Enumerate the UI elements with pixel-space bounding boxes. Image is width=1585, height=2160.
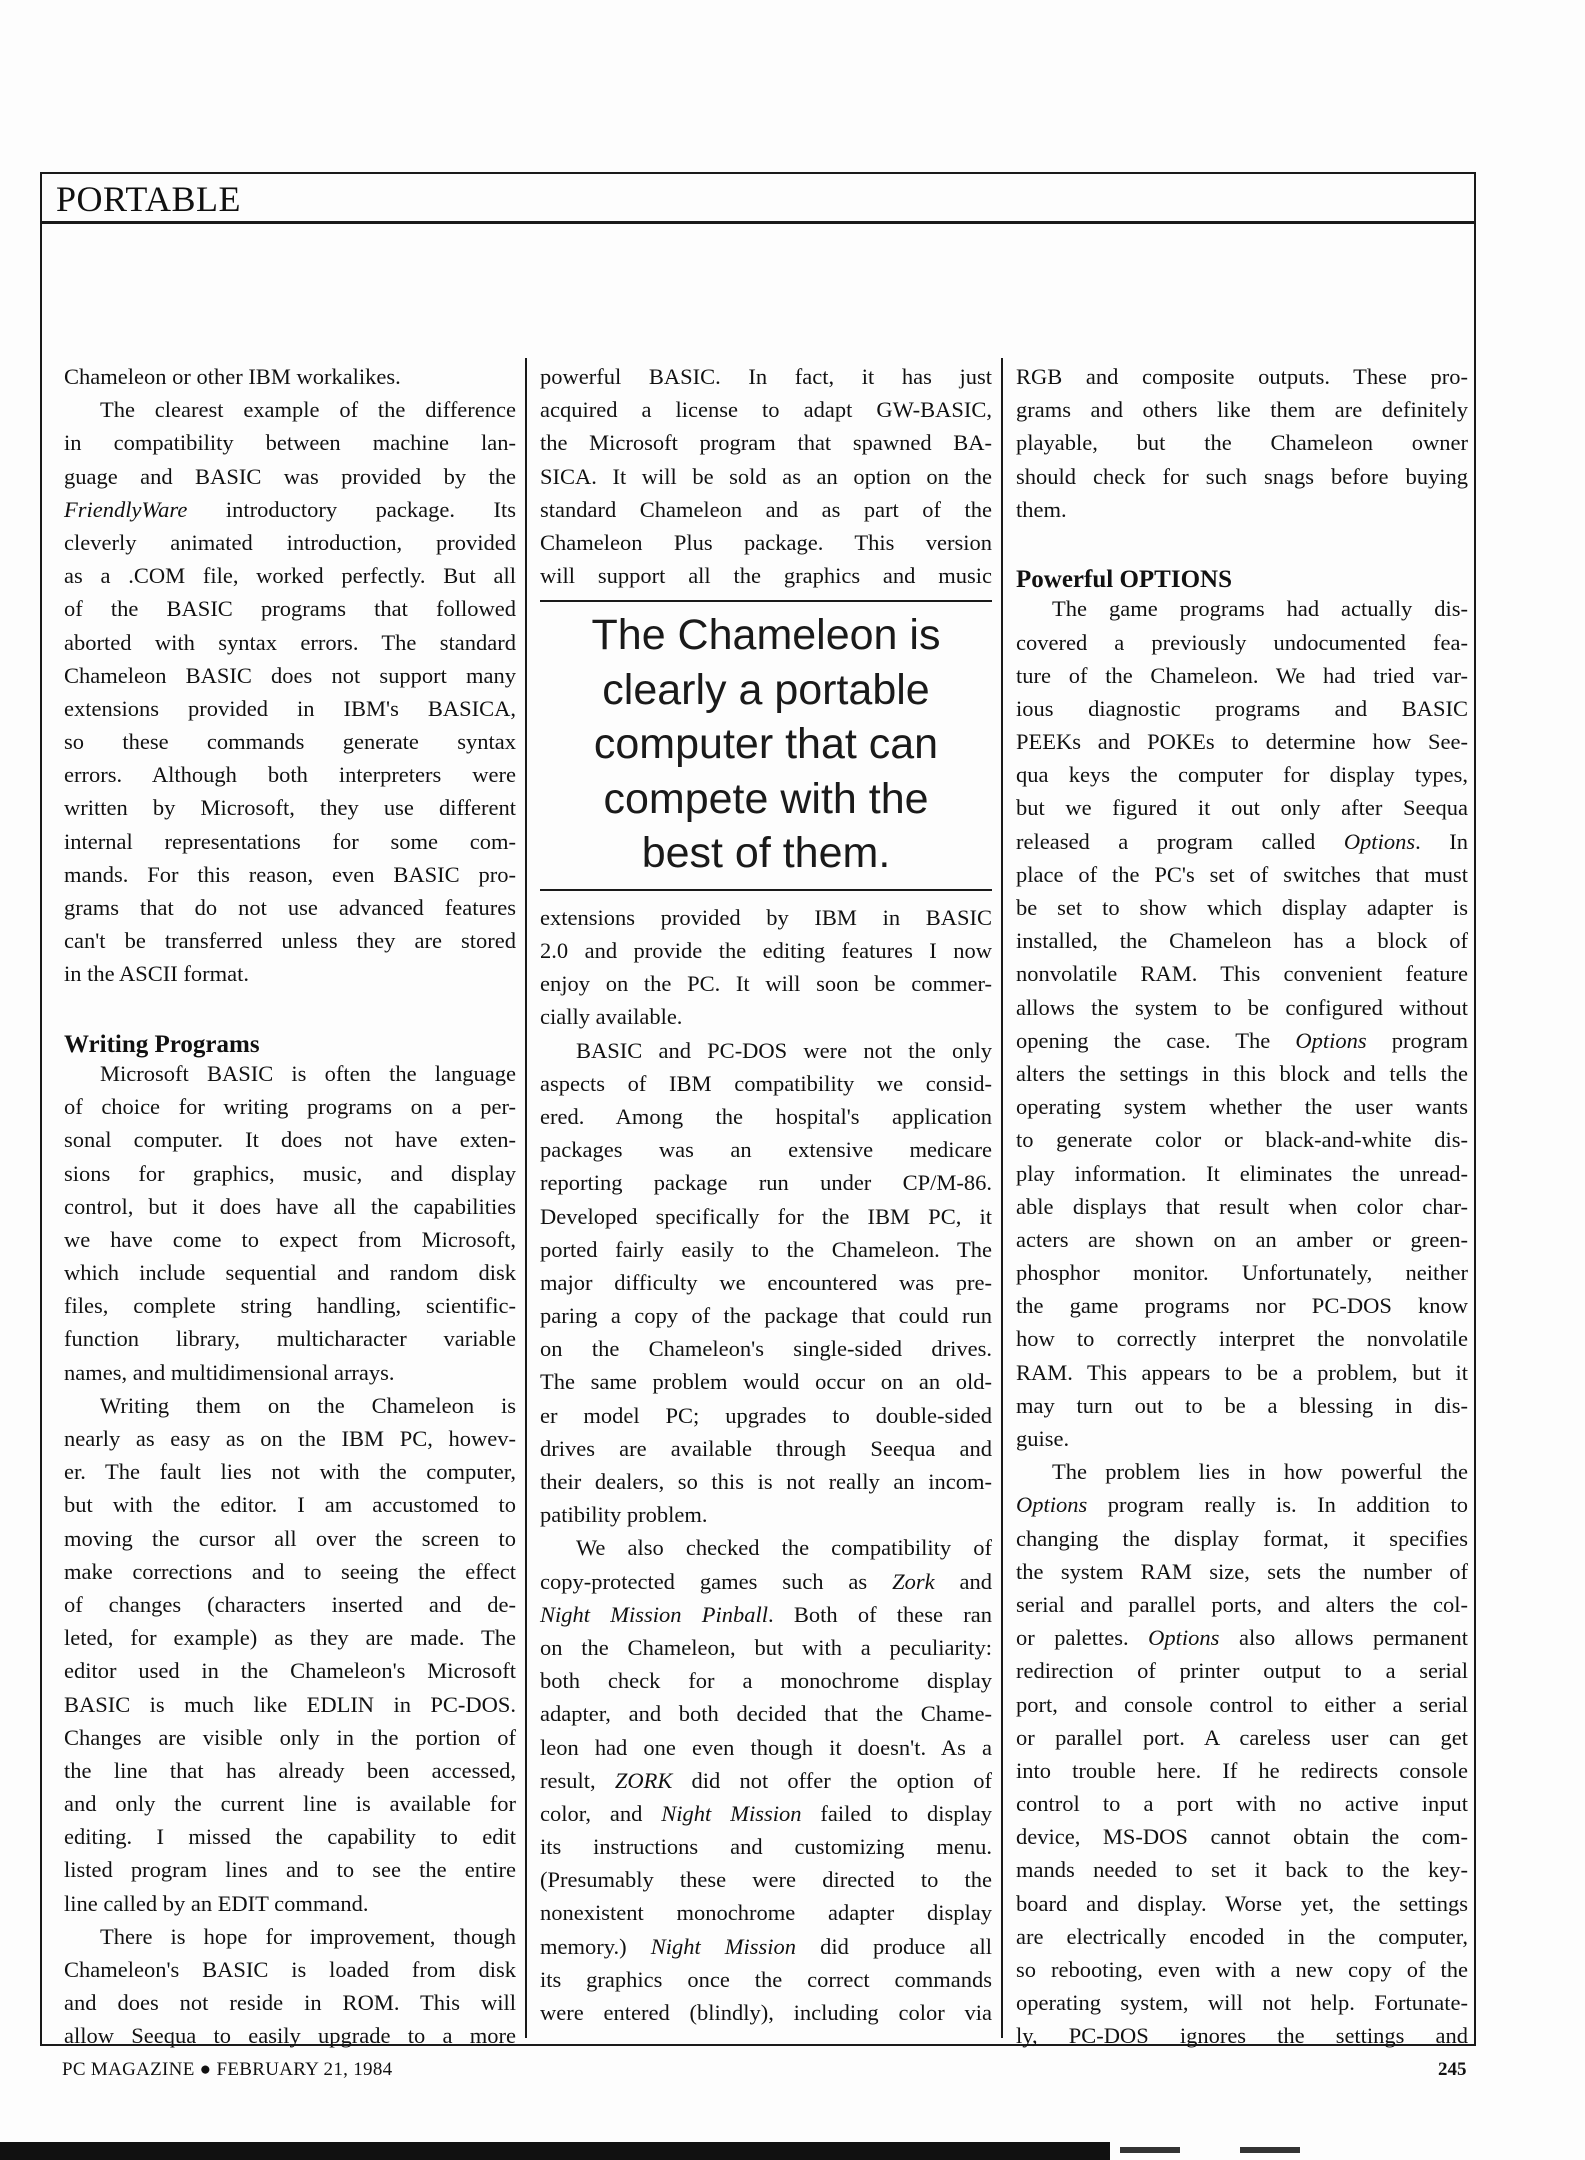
text-line: aborted with syntax errors. The standard	[64, 626, 516, 659]
text-line: guise.	[1016, 1422, 1468, 1455]
text-line: place of the PC's set of switches that m…	[1016, 858, 1468, 891]
text-line: sonal computer. It does not have exten-	[64, 1123, 516, 1156]
text-line: files, complete string handling, scienti…	[64, 1289, 516, 1322]
text-line: the game programs nor PC-DOS know	[1016, 1289, 1468, 1322]
text-line: were entered (blindly), including color …	[540, 1996, 992, 2029]
text-line: of the BASIC programs that followed	[64, 592, 516, 625]
text-line: serial and parallel ports, and alters th…	[1016, 1588, 1468, 1621]
text-line: so rebooting, even with a new copy of th…	[1016, 1953, 1468, 1986]
text-line: 2.0 and provide the editing features I n…	[540, 934, 992, 967]
article-column-3: RGB and composite outputs. These pro-gra…	[1016, 360, 1468, 2053]
pull-quote: The Chameleon isclearly a portablecomput…	[540, 600, 992, 891]
text-line: internal representations for some com-	[64, 825, 516, 858]
text-line: guage and BASIC was provided by the	[64, 460, 516, 493]
text-line: but with the editor. I am accustomed to	[64, 1488, 516, 1521]
text-line: adapter, and both decided that the Chame…	[540, 1697, 992, 1730]
text-line: playable, but the Chameleon owner	[1016, 426, 1468, 459]
text-line: board and display. Worse yet, the settin…	[1016, 1887, 1468, 1920]
text-line: Developed specifically for the IBM PC, i…	[540, 1200, 992, 1233]
text-line: their dealers, so this is not really an …	[540, 1465, 992, 1498]
article-column-1: Chameleon or other IBM workalikes.The cl…	[64, 360, 516, 2053]
text-line: ported fairly easily to the Chameleon. T…	[540, 1233, 992, 1266]
text-line: written by Microsoft, they use different	[64, 791, 516, 824]
text-line: control, but it does have all the capabi…	[64, 1190, 516, 1223]
text-line: to generate color or black-and-white dis…	[1016, 1123, 1468, 1156]
text-line: acters are shown on an amber or green-	[1016, 1223, 1468, 1256]
text-line: copy-protected games such as Zork and	[540, 1565, 992, 1598]
text-line: sions for graphics, music, and display	[64, 1157, 516, 1190]
text-line: the Microsoft program that spawned BA-	[540, 426, 992, 459]
italic-title: Night Mission	[651, 1934, 796, 1959]
text-line: errors. Although both interpreters were	[64, 758, 516, 791]
pull-quote-line: The Chameleon is	[540, 608, 992, 663]
text-line: on the Chameleon's single-sided drives.	[540, 1332, 992, 1365]
text-line: but we figured it out only after Seequa	[1016, 791, 1468, 824]
text-line: editing. I missed the capability to edit	[64, 1820, 516, 1853]
text-line: grams and others like them are definitel…	[1016, 393, 1468, 426]
text-line: listed program lines and to see the enti…	[64, 1853, 516, 1886]
italic-title: Options	[1344, 829, 1415, 854]
text-line: phosphor monitor. Unfortunately, neither	[1016, 1256, 1468, 1289]
italic-title: Night Mission Pinball	[540, 1602, 768, 1627]
text-line: so these commands generate syntax	[64, 725, 516, 758]
text-line: memory.) Night Mission did produce all	[540, 1930, 992, 1963]
text-line: port, and console control to either a se…	[1016, 1688, 1468, 1721]
text-line: operating system whether the user wants	[1016, 1090, 1468, 1123]
text-line: may turn out to be a blessing in dis-	[1016, 1389, 1468, 1422]
text-line: RGB and composite outputs. These pro-	[1016, 360, 1468, 393]
text-line: (Presumably these were directed to the	[540, 1863, 992, 1896]
text-line: or palettes. Options also allows permane…	[1016, 1621, 1468, 1654]
scan-edge-bar	[0, 2142, 1110, 2160]
text-line: leon had one even though it doesn't. As …	[540, 1731, 992, 1764]
italic-title: FriendlyWare	[64, 497, 187, 522]
footer-publication-date: PC MAGAZINE ● FEBRUARY 21, 1984	[62, 2059, 392, 2081]
text-line: major difficulty we encountered was pre-	[540, 1266, 992, 1299]
text-line: patibility problem.	[540, 1498, 992, 1531]
text-line: alters the settings in this block and te…	[1016, 1057, 1468, 1090]
italic-title: Zork	[892, 1569, 935, 1594]
text-line: and does not reside in ROM. This will	[64, 1986, 516, 2019]
text-line: moving the cursor all over the screen to	[64, 1522, 516, 1555]
text-line: we have come to expect from Microsoft,	[64, 1223, 516, 1256]
text-line: nonvolatile RAM. This convenient feature	[1016, 957, 1468, 990]
text-line: The same problem would occur on an old-	[540, 1365, 992, 1398]
text-line: grams that do not use advanced features	[64, 891, 516, 924]
text-line: allows the system to be configured witho…	[1016, 991, 1468, 1024]
text-line: released a program called Options. In	[1016, 825, 1468, 858]
text-line: editor used in the Chameleon's Microsoft	[64, 1654, 516, 1687]
column-2-text-before-quote: powerful BASIC. In fact, it has justacqu…	[540, 360, 992, 592]
text-line: ered. Among the hospital's application	[540, 1100, 992, 1133]
text-line: operating system, will not help. Fortuna…	[1016, 1986, 1468, 2019]
text-line: paring a copy of the package that could …	[540, 1299, 992, 1332]
text-line: leted, for example) as they are made. Th…	[64, 1621, 516, 1654]
text-line: cleverly animated introduction, provided	[64, 526, 516, 559]
text-line: There is hope for improvement, though	[64, 1920, 516, 1953]
text-line: device, MS-DOS cannot obtain the com-	[1016, 1820, 1468, 1853]
scan-edge-mark	[1120, 2147, 1180, 2153]
text-line: will support all the graphics and music	[540, 559, 992, 592]
text-line: The problem lies in how powerful the	[1016, 1455, 1468, 1488]
scan-edge-mark	[1240, 2147, 1300, 2153]
text-line: control to a port with no active input	[1016, 1787, 1468, 1820]
text-line: Chameleon's BASIC is loaded from disk	[64, 1953, 516, 1986]
text-line: enjoy on the PC. It will soon be commer-	[540, 967, 992, 1000]
text-line: of changes (characters inserted and de-	[64, 1588, 516, 1621]
text-line: mands needed to set it back to the key-	[1016, 1853, 1468, 1886]
text-line: aspects of IBM compatibility we consid-	[540, 1067, 992, 1100]
text-line: ious diagnostic programs and BASIC	[1016, 692, 1468, 725]
text-line: changing the display format, it specifie…	[1016, 1522, 1468, 1555]
text-line: and only the current line is available f…	[64, 1787, 516, 1820]
subheading: Powerful OPTIONS	[1016, 559, 1468, 592]
text-line: of choice for writing programs on a per-	[64, 1090, 516, 1123]
text-line: ly, PC-DOS ignores the settings and	[1016, 2019, 1468, 2052]
text-line: RAM. This appears to be a problem, but i…	[1016, 1356, 1468, 1389]
text-line: installed, the Chameleon has a block of	[1016, 924, 1468, 957]
column-divider	[525, 358, 527, 2038]
text-line: its instructions and customizing menu.	[540, 1830, 992, 1863]
text-line: The clearest example of the difference	[64, 393, 516, 426]
text-line: as a .COM file, worked perfectly. But al…	[64, 559, 516, 592]
italic-title: Night Mission	[661, 1801, 801, 1826]
text-line: mands. For this reason, even BASIC pro-	[64, 858, 516, 891]
article-frame: PORTABLE Chameleon or other IBM workalik…	[40, 172, 1476, 2046]
pull-quote-line: computer that can	[540, 717, 992, 772]
text-line: which include sequential and random disk	[64, 1256, 516, 1289]
text-line: ture of the Chameleon. We had tried var-	[1016, 659, 1468, 692]
text-line: er model PC; upgrades to double-sided	[540, 1399, 992, 1432]
text-line: extensions provided in IBM's BASICA,	[64, 692, 516, 725]
text-line: standard Chameleon and as part of the	[540, 493, 992, 526]
text-line: packages was an extensive medicare	[540, 1133, 992, 1166]
italic-title: Options	[1295, 1028, 1366, 1053]
article-column-2: powerful BASIC. In fact, it has justacqu…	[540, 360, 992, 2029]
text-line: play information. It eliminates the unre…	[1016, 1157, 1468, 1190]
text-line: Chameleon BASIC does not support many	[64, 659, 516, 692]
pull-quote-line: clearly a portable	[540, 663, 992, 718]
text-line: powerful BASIC. In fact, it has just	[540, 360, 992, 393]
text-line: drives are available through Seequa and	[540, 1432, 992, 1465]
text-line: into trouble here. If he redirects conso…	[1016, 1754, 1468, 1787]
text-line: redirection of printer output to a seria…	[1016, 1654, 1468, 1687]
text-line: extensions provided by IBM in BASIC	[540, 901, 992, 934]
text-line: its graphics once the correct commands	[540, 1963, 992, 1996]
text-line: can't be transferred unless they are sto…	[64, 924, 516, 957]
text-line: qua keys the computer for display types,	[1016, 758, 1468, 791]
spacer	[64, 991, 516, 1024]
text-line: able displays that result when color cha…	[1016, 1190, 1468, 1223]
text-line: Chameleon or other IBM workalikes.	[64, 360, 516, 393]
subheading: Writing Programs	[64, 1024, 516, 1057]
section-header: PORTABLE	[42, 174, 1474, 224]
column-divider	[1001, 358, 1003, 2038]
text-line: Microsoft BASIC is often the language	[64, 1057, 516, 1090]
text-line: the system RAM size, sets the number of	[1016, 1555, 1468, 1588]
text-line: make corrections and to seeing the effec…	[64, 1555, 516, 1588]
text-line: function library, multicharacter variabl…	[64, 1322, 516, 1355]
text-line: er. The fault lies not with the computer…	[64, 1455, 516, 1488]
text-line: Changes are visible only in the portion …	[64, 1721, 516, 1754]
column-2-text-after-quote: extensions provided by IBM in BASIC2.0 a…	[540, 901, 992, 2029]
text-line: result, ZORK did not offer the option of	[540, 1764, 992, 1797]
text-line: acquired a license to adapt GW-BASIC,	[540, 393, 992, 426]
pull-quote-line: compete with the	[540, 772, 992, 827]
spacer	[1016, 526, 1468, 559]
text-line: be set to show which display adapter is	[1016, 891, 1468, 924]
text-line: The game programs had actually dis-	[1016, 592, 1468, 625]
text-line: nonexistent monochrome adapter display	[540, 1896, 992, 1929]
text-line: are electrically encoded in the computer…	[1016, 1920, 1468, 1953]
text-line: Options program really is. In addition t…	[1016, 1488, 1468, 1521]
text-line: in compatibility between machine lan-	[64, 426, 516, 459]
text-line: reporting package run under CP/M-86.	[540, 1166, 992, 1199]
page-number: 245	[1438, 2059, 1467, 2081]
text-line: Writing them on the Chameleon is	[64, 1389, 516, 1422]
text-line: FriendlyWare introductory package. Its	[64, 493, 516, 526]
text-line: PEEKs and POKEs to determine how See-	[1016, 725, 1468, 758]
text-line: BASIC is much like EDLIN in PC-DOS.	[64, 1688, 516, 1721]
section-title: PORTABLE	[56, 179, 241, 219]
italic-title: Options	[1016, 1492, 1087, 1517]
text-line: cially available.	[540, 1000, 992, 1033]
text-line: Night Mission Pinball. Both of these ran	[540, 1598, 992, 1631]
text-line: how to correctly interpret the nonvolati…	[1016, 1322, 1468, 1355]
italic-title: Options	[1148, 1625, 1219, 1650]
text-line: line called by an EDIT command.	[64, 1887, 516, 1920]
text-line: them.	[1016, 493, 1468, 526]
pull-quote-line: best of them.	[540, 826, 992, 881]
text-line: on the Chameleon, but with a peculiarity…	[540, 1631, 992, 1664]
text-line: both check for a monochrome display	[540, 1664, 992, 1697]
text-line: should check for such snags before buyin…	[1016, 460, 1468, 493]
text-line: color, and Night Mission failed to displ…	[540, 1797, 992, 1830]
text-line: in the ASCII format.	[64, 957, 516, 990]
italic-title: ZORK	[615, 1768, 673, 1793]
text-line: covered a previously undocumented fea-	[1016, 626, 1468, 659]
text-line: names, and multidimensional arrays.	[64, 1356, 516, 1389]
text-line: We also checked the compatibility of	[540, 1531, 992, 1564]
text-line: allow Seequa to easily upgrade to a more	[64, 2019, 516, 2052]
text-line: SICA. It will be sold as an option on th…	[540, 460, 992, 493]
text-line: or parallel port. A careless user can ge…	[1016, 1721, 1468, 1754]
text-line: nearly as easy as on the IBM PC, howev-	[64, 1422, 516, 1455]
text-line: BASIC and PC-DOS were not the only	[540, 1034, 992, 1067]
text-line: the line that has already been accessed,	[64, 1754, 516, 1787]
text-line: opening the case. The Options program	[1016, 1024, 1468, 1057]
text-line: Chameleon Plus package. This version	[540, 526, 992, 559]
